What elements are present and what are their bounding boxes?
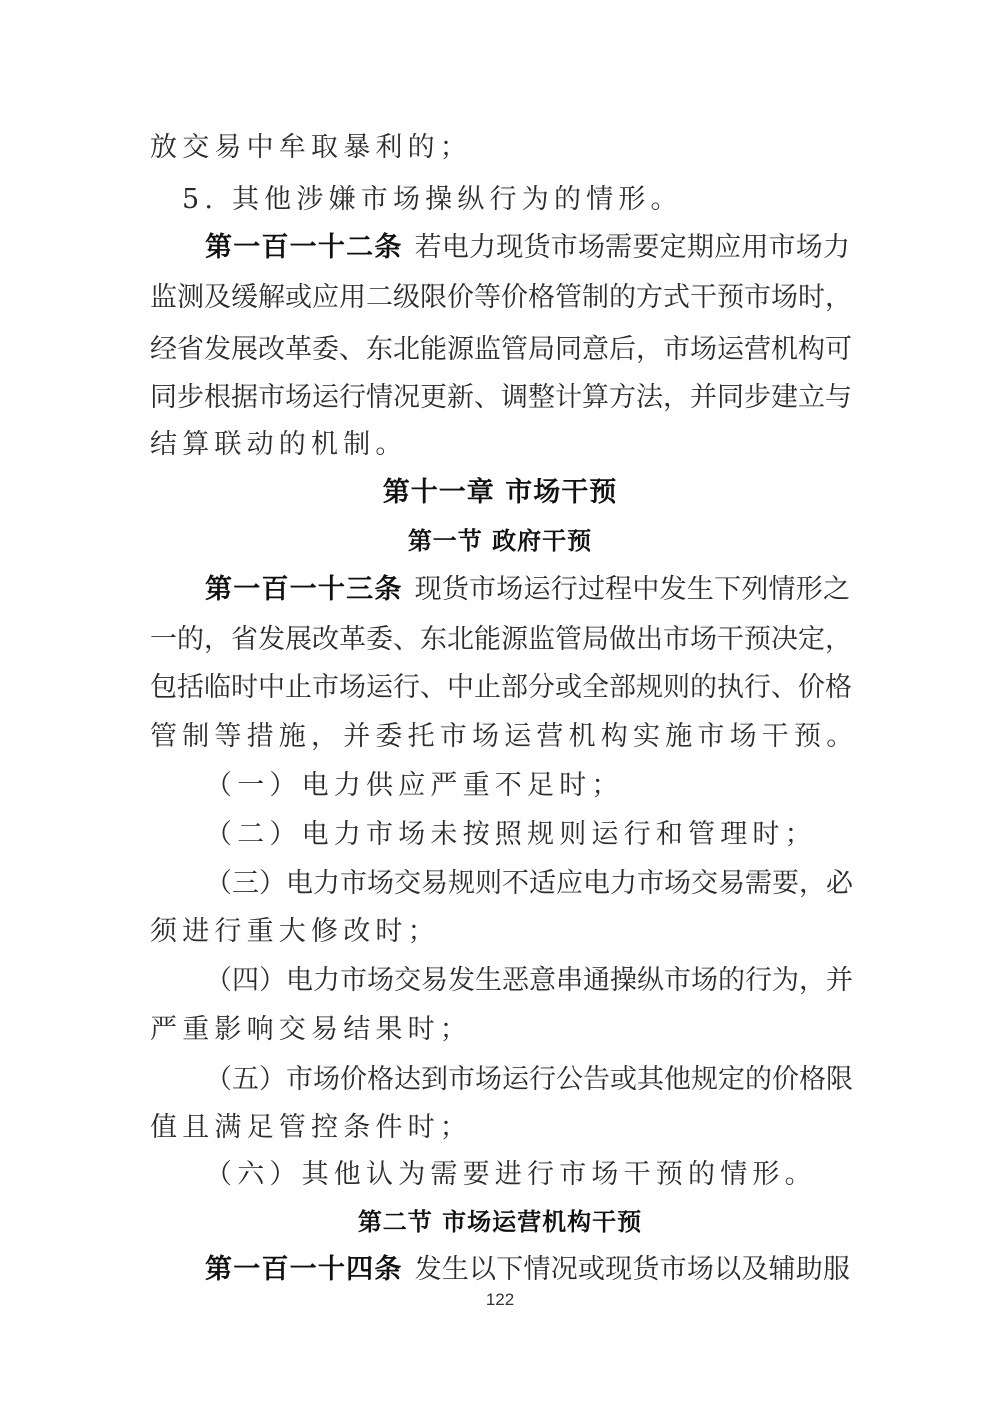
list-item-5: 5. 其他涉嫌市场操纵行为的情形。: [182, 180, 827, 220]
article-number: 第一百一十二条: [205, 232, 403, 263]
list-item-5-cont: 值且满足管控条件时；: [150, 1108, 850, 1148]
list-item-4: （四）电力市场交易发生恶意串通操纵市场的行为，并: [205, 961, 850, 1001]
body-line: 管制等措施，并委托市场运营机构实施市场干预。: [150, 717, 850, 757]
article-number: 第一百一十四条: [205, 1254, 403, 1285]
body-line: 监测及缓解或应用二级限价等价格管制的方式干预市场时，: [150, 278, 850, 318]
article-112-first-line: 第一百一十二条若电力现货市场需要定期应用市场力: [205, 228, 850, 268]
chapter-heading: 第十一章 市场干预: [0, 473, 1000, 513]
list-item-5: （五）市场价格达到市场运行公告或其他规定的价格限: [205, 1060, 850, 1100]
article-text: 现货市场运行过程中发生下列情形之: [415, 574, 850, 605]
body-line: 包括临时中止市场运行、中止部分或全部规则的执行、价格: [150, 668, 850, 708]
article-114-first-line: 第一百一十四条发生以下情况或现货市场以及辅助服: [205, 1250, 850, 1290]
list-item-6: （六）其他认为需要进行市场干预的情形。: [205, 1155, 850, 1195]
list-item-1: （一）电力供应严重不足时；: [205, 766, 850, 806]
list-item-3-cont: 须进行重大修改时；: [150, 912, 850, 952]
section-heading: 第一节 政府干预: [0, 521, 1000, 561]
article-number: 第一百一十三条: [205, 574, 403, 605]
body-line: 结算联动的机制。: [150, 425, 850, 465]
article-text: 若电力现货市场需要定期应用市场力: [415, 232, 850, 263]
page-number: 122: [0, 1290, 1000, 1310]
list-item-4-cont: 严重影响交易结果时；: [150, 1010, 850, 1050]
list-item-3: （三）电力市场交易规则不适应电力市场交易需要，必: [205, 864, 850, 904]
list-item-2: （二）电力市场未按照规则运行和管理时；: [205, 815, 850, 855]
body-line: 一的，省发展改革委、东北能源监管局做出市场干预决定，: [150, 620, 850, 660]
article-text: 发生以下情况或现货市场以及辅助服: [415, 1254, 850, 1285]
section-heading: 第二节 市场运营机构干预: [0, 1202, 1000, 1242]
body-line: 放交易中牟取暴利的；: [150, 128, 850, 168]
body-line: 同步根据市场运行情况更新、调整计算方法，并同步建立与: [150, 378, 850, 418]
article-113-first-line: 第一百一十三条现货市场运行过程中发生下列情形之: [205, 570, 850, 610]
body-line: 经省发展改革委、东北能源监管局同意后，市场运营机构可: [150, 330, 850, 370]
